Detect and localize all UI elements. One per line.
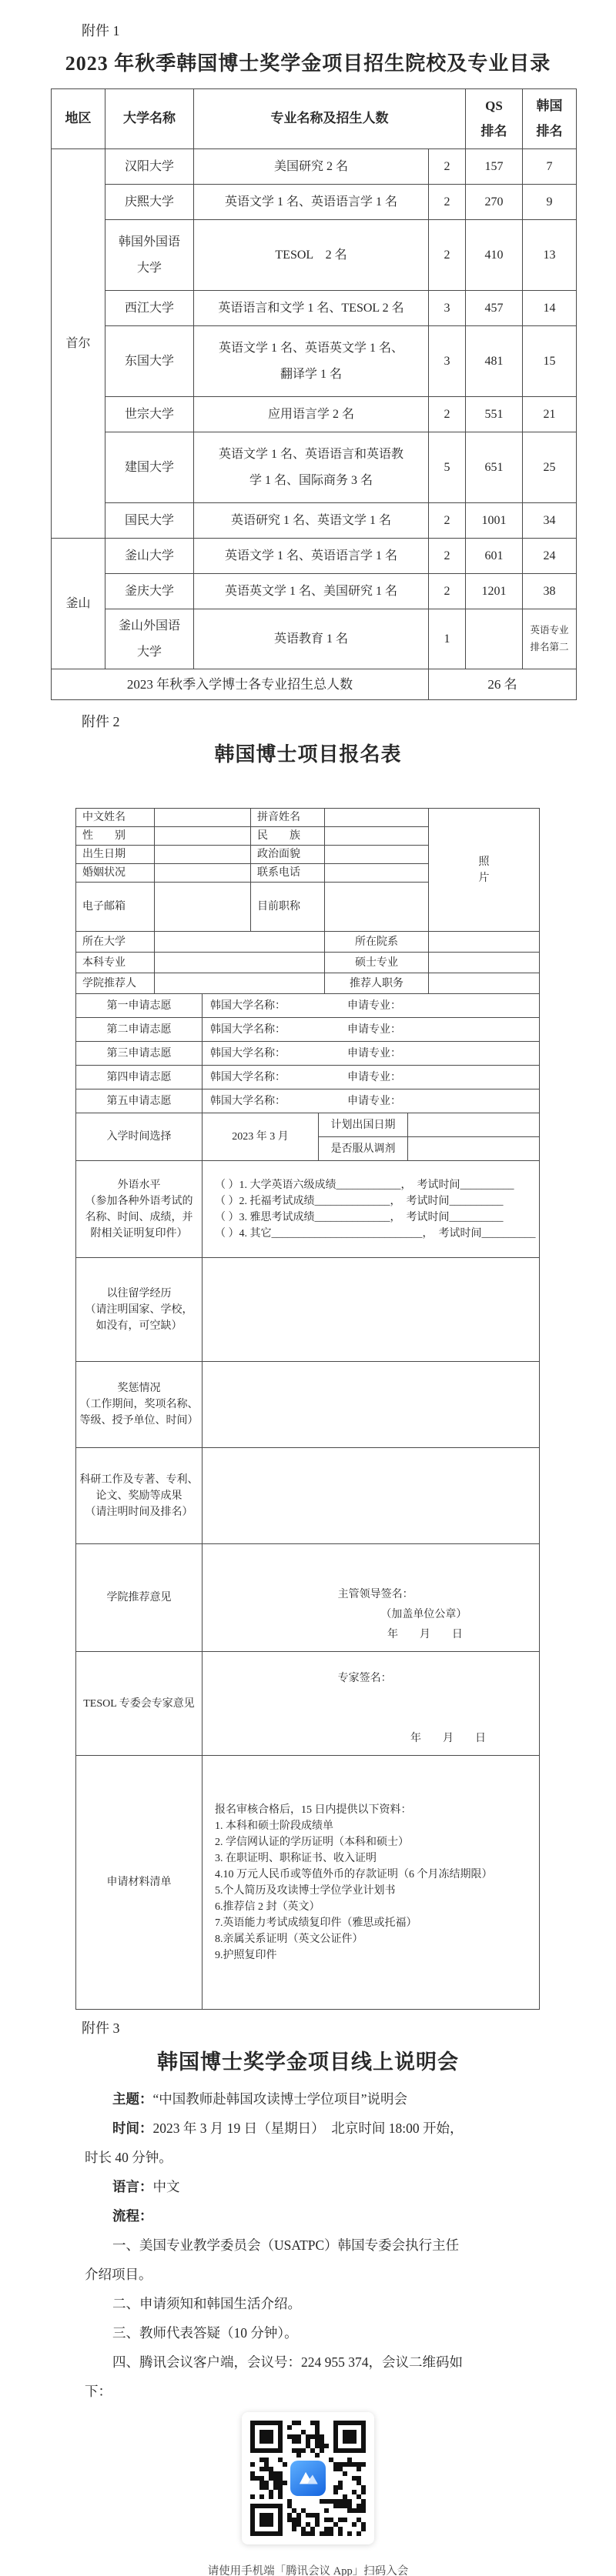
form-input-cell <box>408 1113 540 1137</box>
enroll-value: 2023 年 3 月 <box>203 1113 319 1161</box>
university-cell: 釜山大学 <box>105 539 194 574</box>
region-cell: 釜山 <box>52 539 105 669</box>
qs-rank-cell: 457 <box>466 291 523 326</box>
paragraph-line: 时间：2023 年 3 月 19 日（星期日） 北京时间 18:00 开始， <box>85 2114 533 2143</box>
choice-input-cell: 韩国大学名称：申请专业： <box>203 1066 540 1089</box>
form-input-cell <box>155 809 251 827</box>
paragraph-bold-label: 主题： <box>112 2091 153 2107</box>
qr-caption: 请使用手机端「腾讯会议 App」扫码入会 <box>0 2562 616 2576</box>
university-cell: 西江大学 <box>105 291 194 326</box>
empty-content-cell <box>203 1362 540 1448</box>
choice-input-cell: 韩国大学名称：申请专业： <box>203 1089 540 1113</box>
paragraph-line: 时长 40 分钟。 <box>85 2143 533 2172</box>
kr-rank-cell: 24 <box>523 539 577 574</box>
qs-rank-cell: 551 <box>466 397 523 432</box>
form-input-cell <box>429 953 540 973</box>
form-input-cell <box>155 953 325 973</box>
application-form: 中文姓名拼音姓名照 片性 别民 族出生日期政治面貌婚姻状况联系电话电子邮箱目前职… <box>0 808 616 2010</box>
paragraph-text: 介绍项目。 <box>85 2267 152 2282</box>
qr-code <box>242 2412 374 2544</box>
form-label: 推荐人职务 <box>325 973 429 994</box>
region-cell: 首尔 <box>52 149 105 539</box>
count-cell: 2 <box>429 574 466 609</box>
university-cell: 韩国外国语 大学 <box>105 220 194 291</box>
apply-major-label: 申请专业： <box>347 1048 401 1059</box>
form-label: 婚姻状况 <box>76 864 155 883</box>
table-header-row: 地区大学名称专业名称及招生人数QS 排名韩国 排名 <box>52 89 577 149</box>
form-row: 第一申请志愿韩国大学名称：申请专业： <box>76 994 540 1018</box>
choice-label: 第四申请志愿 <box>76 1066 203 1089</box>
table-row: 釜庆大学英语英文学 1 名、美国研究 1 名2120138 <box>52 574 577 609</box>
attachment1-label: 附件 1 <box>82 0 616 40</box>
paragraph-line: 流程： <box>85 2201 533 2231</box>
form-row: 第四申请志愿韩国大学名称：申请专业： <box>76 1066 540 1089</box>
kr-rank-cell: 21 <box>523 397 577 432</box>
form-table-choices: 第一申请志愿韩国大学名称：申请专业：第二申请志愿韩国大学名称：申请专业：第三申请… <box>75 993 540 1113</box>
document-page: 附件 1 2023 年秋季韩国博士奖学金项目招生院校及专业目录 地区大学名称专业… <box>0 0 616 2576</box>
apply-major-label: 申请专业： <box>347 1000 401 1012</box>
university-cell: 东国大学 <box>105 326 194 397</box>
university-cell: 庆熙大学 <box>105 185 194 220</box>
form-table-enroll: 入学时间选择2023 年 3 月计划出国日期是否服从调剂 <box>75 1113 540 1161</box>
paragraph-line: 四、腾讯会议客户端，会议号：224 955 374，会议二维码如 <box>85 2347 533 2377</box>
header-major: 专业名称及招生人数 <box>194 89 466 149</box>
form-input-cell <box>155 932 325 953</box>
form-label: 学院推荐人 <box>76 973 155 994</box>
form-row: 中文姓名拼音姓名照 片 <box>76 809 540 827</box>
kr-rank-cell: 13 <box>523 220 577 291</box>
attachment3-body: 主题：“中国教师赴韩国攻读博士学位项目”说明会时间：2023 年 3 月 19 … <box>85 2084 533 2406</box>
total-label: 2023 年秋季入学博士各专业招生总人数 <box>52 669 429 700</box>
count-cell: 5 <box>429 432 466 503</box>
form-label: 所在院系 <box>325 932 429 953</box>
kr-rank-cell: 25 <box>523 432 577 503</box>
paragraph-text: 四、腾讯会议客户端，会议号：224 955 374，会议二维码如 <box>112 2354 463 2370</box>
attachment2-label: 附件 2 <box>82 712 616 731</box>
form-row: 本科专业硕士专业 <box>76 953 540 973</box>
paragraph-line: 一、美国专业教学委员会（USATPC）韩国专委会执行主任 <box>85 2231 533 2260</box>
qs-rank-cell: 410 <box>466 220 523 291</box>
major-cell: 应用语言学 2 名 <box>194 397 429 432</box>
form-input-cell <box>408 1137 540 1161</box>
section-label: 申请材料清单 <box>76 1756 203 2010</box>
university-name-label: 韩国大学名称： <box>210 1046 347 1062</box>
tencent-meeting-logo-icon <box>290 2461 326 2496</box>
count-cell: 1 <box>429 609 466 669</box>
major-cell: 英语教育 1 名 <box>194 609 429 669</box>
paragraph-text: 下： <box>85 2384 112 2399</box>
paragraph-bold-label: 语言： <box>112 2179 153 2194</box>
paragraph-text: 一、美国专业教学委员会（USATPC）韩国专委会执行主任 <box>112 2237 459 2253</box>
form-label: 出生日期 <box>76 846 155 864</box>
table-row: 世宗大学应用语言学 2 名255121 <box>52 397 577 432</box>
form-row: 科研工作及专著、专利、 论文、奖励等成果 （请注明时间及排名） <box>76 1448 540 1544</box>
count-cell: 2 <box>429 220 466 291</box>
form-row: 第五申请志愿韩国大学名称：申请专业： <box>76 1089 540 1113</box>
major-cell: 英语语言和文学 1 名、TESOL 2 名 <box>194 291 429 326</box>
qs-rank-cell: 1001 <box>466 503 523 539</box>
signature-cell: 专家签名：年 月 日 <box>203 1652 540 1756</box>
qs-rank-cell: 651 <box>466 432 523 503</box>
paragraph-line: 下： <box>85 2377 533 2406</box>
apply-major-label: 申请专业： <box>347 1072 401 1083</box>
form-input-cell <box>325 883 429 932</box>
section-label: 以往留学经历 （请注明国家、学校， 如没有，可空缺） <box>76 1258 203 1362</box>
paragraph-line: 语言：中文 <box>85 2172 533 2201</box>
choice-input-cell: 韩国大学名称：申请专业： <box>203 1042 540 1066</box>
total-value: 26 名 <box>429 669 577 700</box>
paragraph-text: 中文 <box>153 2179 180 2194</box>
header-region: 地区 <box>52 89 105 149</box>
signature-line: 年 月 日 <box>206 1729 536 1749</box>
form-label: 电子邮箱 <box>76 883 155 932</box>
apply-major-label: 申请专业： <box>347 1096 401 1107</box>
form-input-cell <box>325 846 429 864</box>
count-cell: 2 <box>429 185 466 220</box>
attachment2-title: 韩国博士项目报名表 <box>0 739 616 767</box>
choice-label: 第二申请志愿 <box>76 1018 203 1042</box>
form-row: 奖惩情况 （工作期间，奖项名称、 等级、授予单位、时间） <box>76 1362 540 1448</box>
major-cell: 英语研究 1 名、英语文学 1 名 <box>194 503 429 539</box>
attachment3-title: 韩国博士奖学金项目线上说明会 <box>0 2045 616 2075</box>
section-label: 外语水平 （参加各种外语考试的 名称、时间、成绩，并 附相关证明复印件） <box>76 1161 203 1258</box>
form-input-cell <box>155 864 251 883</box>
form-row: 学院推荐人推荐人职务 <box>76 973 540 994</box>
kr-rank-cell: 9 <box>523 185 577 220</box>
major-cell: 美国研究 2 名 <box>194 149 429 185</box>
form-input-cell <box>155 973 325 994</box>
form-row: 第二申请志愿韩国大学名称：申请专业： <box>76 1018 540 1042</box>
major-cell: 英语文学 1 名、英语语言学 1 名 <box>194 185 429 220</box>
signature-line: 主管领导签名： <box>206 1585 536 1605</box>
major-cell: TESOL 2 名 <box>194 220 429 291</box>
form-input-cell <box>325 809 429 827</box>
form-label: 所在大学 <box>76 932 155 953</box>
form-row: 外语水平 （参加各种外语考试的 名称、时间、成绩，并 附相关证明复印件）（ ）1… <box>76 1161 540 1258</box>
kr-rank-cell: 英语专业 排名第二 <box>523 609 577 669</box>
kr-rank-cell: 14 <box>523 291 577 326</box>
major-cell: 英语英文学 1 名、美国研究 1 名 <box>194 574 429 609</box>
form-label: 拼音姓名 <box>251 809 325 827</box>
form-table-education: 所在大学所在院系本科专业硕士专业学院推荐人推荐人职务 <box>75 931 540 994</box>
table-row: 国民大学英语研究 1 名、英语文学 1 名2100134 <box>52 503 577 539</box>
kr-rank-cell: 34 <box>523 503 577 539</box>
header-university: 大学名称 <box>105 89 194 149</box>
form-input-cell <box>429 932 540 953</box>
count-cell: 2 <box>429 397 466 432</box>
form-row: 以往留学经历 （请注明国家、学校， 如没有，可空缺） <box>76 1258 540 1362</box>
choice-label: 第五申请志愿 <box>76 1089 203 1113</box>
section-label: TESOL 专委会专家意见 <box>76 1652 203 1756</box>
university-cell: 建国大学 <box>105 432 194 503</box>
form-row: TESOL 专委会专家意见专家签名：年 月 日 <box>76 1652 540 1756</box>
form-label: 联系电话 <box>251 864 325 883</box>
count-cell: 3 <box>429 326 466 397</box>
paragraph-bold-label: 流程： <box>112 2208 153 2224</box>
departure-date-label: 计划出国日期 <box>319 1113 408 1137</box>
university-name-label: 韩国大学名称： <box>210 1093 347 1109</box>
form-input-cell <box>155 827 251 846</box>
adjustment-label: 是否服从调剂 <box>319 1137 408 1161</box>
form-label: 民 族 <box>251 827 325 846</box>
university-name-label: 韩国大学名称： <box>210 1022 347 1038</box>
header-kr-rank: 韩国 排名 <box>523 89 577 149</box>
paragraph-bold-label: 时间： <box>112 2121 153 2136</box>
count-cell: 2 <box>429 539 466 574</box>
signature-cell: 主管领导签名：（加盖单位公章）年 月 日 <box>203 1544 540 1652</box>
major-cell: 英语文学 1 名、英语语言和英语教 学 1 名、国际商务 3 名 <box>194 432 429 503</box>
form-row: 申请材料清单报名审核合格后，15 日内提供以下资料： 1. 本科和硕士阶段成绩单… <box>76 1756 540 2010</box>
table-row: 釜山釜山大学英语文学 1 名、英语语言学 1 名260124 <box>52 539 577 574</box>
university-name-label: 韩国大学名称： <box>210 998 347 1014</box>
qr-section: 请使用手机端「腾讯会议 App」扫码入会 <box>0 2412 616 2576</box>
table-row: 东国大学英语文学 1 名、英语英文学 1 名、 翻译学 1 名348115 <box>52 326 577 397</box>
section-label: 学院推荐意见 <box>76 1544 203 1652</box>
paragraph-line: 介绍项目。 <box>85 2260 533 2289</box>
photo-cell: 照 片 <box>429 809 540 932</box>
kr-rank-cell: 38 <box>523 574 577 609</box>
form-label: 政治面貌 <box>251 846 325 864</box>
paragraph-line: 二、申请须知和韩国生活介绍。 <box>85 2289 533 2318</box>
form-input-cell <box>429 973 540 994</box>
major-cell: 英语文学 1 名、英语英文学 1 名、 翻译学 1 名 <box>194 326 429 397</box>
table-row: 首尔汉阳大学美国研究 2 名21577 <box>52 149 577 185</box>
table-row: 釜山外国语 大学英语教育 1 名1英语专业 排名第二 <box>52 609 577 669</box>
form-label: 性 别 <box>76 827 155 846</box>
table-row: 庆熙大学英语文学 1 名、英语语言学 1 名22709 <box>52 185 577 220</box>
form-label: 目前职称 <box>251 883 325 932</box>
empty-content-cell <box>203 1448 540 1544</box>
paragraph-line: 主题：“中国教师赴韩国攻读博士学位项目”说明会 <box>85 2084 533 2114</box>
kr-rank-cell: 15 <box>523 326 577 397</box>
section-label: 科研工作及专著、专利、 论文、奖励等成果 （请注明时间及排名） <box>76 1448 203 1544</box>
language-tests-cell: （ ）1. 大学英语六级成绩____________， 考试时间________… <box>203 1161 540 1258</box>
form-input-cell <box>325 827 429 846</box>
form-input-cell <box>155 846 251 864</box>
form-label: 中文姓名 <box>76 809 155 827</box>
table-footer-row: 2023 年秋季入学博士各专业招生总人数26 名 <box>52 669 577 700</box>
form-row: 第三申请志愿韩国大学名称：申请专业： <box>76 1042 540 1066</box>
choice-label: 第三申请志愿 <box>76 1042 203 1066</box>
qs-rank-cell: 601 <box>466 539 523 574</box>
form-row: 入学时间选择2023 年 3 月计划出国日期 <box>76 1113 540 1137</box>
university-cell: 国民大学 <box>105 503 194 539</box>
paragraph-text: 时长 40 分钟。 <box>85 2150 172 2165</box>
choice-input-cell: 韩国大学名称：申请专业： <box>203 994 540 1018</box>
form-table-sections: 外语水平 （参加各种外语考试的 名称、时间、成绩，并 附相关证明复印件）（ ）1… <box>75 1160 540 2010</box>
paragraph-text: “中国教师赴韩国攻读博士学位项目”说明会 <box>153 2091 408 2107</box>
qs-rank-cell <box>466 609 523 669</box>
count-cell: 3 <box>429 291 466 326</box>
form-label: 硕士专业 <box>325 953 429 973</box>
count-cell: 2 <box>429 149 466 185</box>
qs-rank-cell: 157 <box>466 149 523 185</box>
paragraph-text: 三、教师代表答疑（10 分钟）。 <box>112 2325 298 2341</box>
university-name-label: 韩国大学名称： <box>210 1069 347 1086</box>
apply-major-label: 申请专业： <box>347 1024 401 1036</box>
choice-input-cell: 韩国大学名称：申请专业： <box>203 1018 540 1042</box>
admission-table: 地区大学名称专业名称及招生人数QS 排名韩国 排名首尔汉阳大学美国研究 2 名2… <box>51 88 577 700</box>
form-label: 本科专业 <box>76 953 155 973</box>
empty-content-cell <box>203 1258 540 1362</box>
form-input-cell <box>155 883 251 932</box>
table-row: 韩国外国语 大学TESOL 2 名241013 <box>52 220 577 291</box>
choice-label: 第一申请志愿 <box>76 994 203 1018</box>
materials-list-cell: 报名审核合格后，15 日内提供以下资料： 1. 本科和硕士阶段成绩单 2. 学信… <box>203 1756 540 2010</box>
signature-line: 专家签名： <box>206 1669 536 1689</box>
form-input-cell <box>325 864 429 883</box>
paragraph-line: 三、教师代表答疑（10 分钟）。 <box>85 2318 533 2347</box>
paragraph-text: 2023 年 3 月 19 日（星期日） 北京时间 18:00 开始， <box>153 2121 464 2136</box>
form-row: 学院推荐意见主管领导签名：（加盖单位公章）年 月 日 <box>76 1544 540 1652</box>
enroll-label: 入学时间选择 <box>76 1113 203 1161</box>
attachment1-title: 2023 年秋季韩国博士奖学金项目招生院校及专业目录 <box>0 48 616 76</box>
university-cell: 世宗大学 <box>105 397 194 432</box>
qs-rank-cell: 481 <box>466 326 523 397</box>
university-cell: 釜山外国语 大学 <box>105 609 194 669</box>
header-qs-rank: QS 排名 <box>466 89 523 149</box>
attachment3-label: 附件 3 <box>82 2019 616 2037</box>
qs-rank-cell: 1201 <box>466 574 523 609</box>
university-cell: 釜庆大学 <box>105 574 194 609</box>
table-row: 西江大学英语语言和文学 1 名、TESOL 2 名345714 <box>52 291 577 326</box>
form-table-personal: 中文姓名拼音姓名照 片性 别民 族出生日期政治面貌婚姻状况联系电话电子邮箱目前职… <box>75 808 540 932</box>
paragraph-text: 二、申请须知和韩国生活介绍。 <box>112 2296 301 2311</box>
section-label: 奖惩情况 （工作期间，奖项名称、 等级、授予单位、时间） <box>76 1362 203 1448</box>
count-cell: 2 <box>429 503 466 539</box>
signature-line: （加盖单位公章） <box>206 1605 536 1625</box>
signature-line: 年 月 日 <box>206 1625 536 1645</box>
university-cell: 汉阳大学 <box>105 149 194 185</box>
qs-rank-cell: 270 <box>466 185 523 220</box>
major-cell: 英语文学 1 名、英语语言学 1 名 <box>194 539 429 574</box>
kr-rank-cell: 7 <box>523 149 577 185</box>
form-row: 所在大学所在院系 <box>76 932 540 953</box>
table-row: 建国大学英语文学 1 名、英语语言和英语教 学 1 名、国际商务 3 名5651… <box>52 432 577 503</box>
